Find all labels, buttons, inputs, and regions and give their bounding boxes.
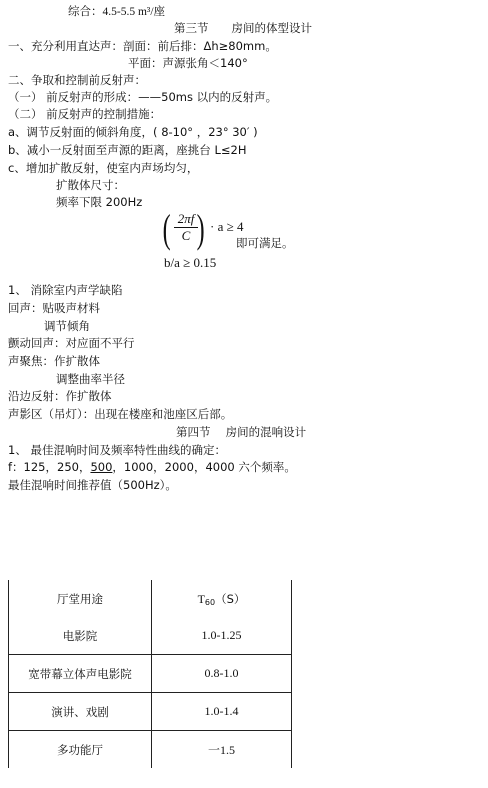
cell-t60: 1.0-1.25 bbox=[152, 617, 292, 655]
paren-left: ( bbox=[163, 209, 171, 249]
value: 4.5-5.5 m³/座 bbox=[103, 6, 166, 18]
reverberation-table: 厅堂用途 T60（S） 电影院 1.0-1.25 宽带幕立体声电影院 0.8-1… bbox=[8, 580, 292, 768]
text-line: 回声：贴吸声材料 bbox=[8, 300, 100, 316]
text-line: 扩散体尺寸： bbox=[56, 177, 125, 193]
numerator: 2πf bbox=[174, 211, 198, 228]
text-line: 调节倾角 bbox=[44, 318, 90, 334]
cell-use: 宽带幕立体声电影院 bbox=[9, 655, 152, 693]
text-line: 声聚焦：作扩散体 bbox=[8, 353, 100, 369]
text-line: （一） 前反射声的形成：——50ms 以内的反射声。 bbox=[8, 89, 277, 105]
text-line: 1、 消除室内声学缺陷 bbox=[8, 282, 122, 298]
underlined-500: 500 bbox=[90, 460, 112, 474]
text-line: 调整曲率半径 bbox=[56, 371, 125, 387]
section-3-title: 第三节 房间的体型设计 bbox=[174, 20, 312, 36]
t-label: T bbox=[198, 592, 205, 606]
unit: （S） bbox=[215, 592, 245, 606]
table-row: 宽带幕立体声电影院 0.8-1.0 bbox=[9, 655, 292, 693]
header-use: 厅堂用途 bbox=[9, 580, 152, 617]
cell-t60: 0.8-1.0 bbox=[152, 655, 292, 693]
text-line: （二） 前反射声的控制措施： bbox=[8, 106, 161, 122]
text-line: 一、充分利用直达声：剖面：前后排：Δh≥80mm。 bbox=[8, 38, 277, 54]
label: 综合： bbox=[68, 4, 103, 18]
text-line: 声影区（吊灯）：出现在楼座和池座区后部。 bbox=[8, 406, 232, 422]
table-row: 演讲、戏剧 1.0-1.4 bbox=[9, 693, 292, 731]
cell-use: 电影院 bbox=[9, 617, 152, 655]
cell-t60: 1.0-1.4 bbox=[152, 693, 292, 731]
text-line: 二、争取和控制前反射声： bbox=[8, 72, 146, 88]
text-line: 颤动回声：对应面不平行 bbox=[8, 335, 135, 351]
diffuser-formula: ( 2πf C ) · a ≥ 4 b/a ≥ 0.15 即可满足。 bbox=[162, 211, 342, 277]
paren-right: ) bbox=[197, 209, 205, 249]
text-line: 1、 最佳混响时间及频率特性曲线的确定： bbox=[8, 442, 226, 458]
section-4-title: 第四节 房间的混响设计 bbox=[176, 424, 306, 440]
table-row: 多功能厅 一1.5 bbox=[9, 731, 292, 769]
text-line: 最佳混响时间推荐值（500Hz）。 bbox=[8, 477, 177, 493]
header-t60: T60（S） bbox=[152, 580, 292, 617]
table-header: 厅堂用途 T60（S） bbox=[9, 580, 292, 617]
cell-use: 多功能厅 bbox=[9, 731, 152, 769]
cell-t60: 一1.5 bbox=[152, 731, 292, 769]
frequency-line: f：125，250，500，1000，2000，4000 六个频率。 bbox=[8, 459, 296, 475]
formula-note: 即可满足。 bbox=[236, 235, 294, 251]
text-line: 平面：声源张角＜140° bbox=[128, 55, 248, 71]
text: ，1000，2000，4000 六个频率。 bbox=[112, 460, 295, 474]
text-line: b、减小一反射面至声源的距离，座挑台 L≤2H bbox=[8, 142, 246, 158]
t-sub: 60 bbox=[205, 598, 215, 607]
text-line: 频率下限 200Hz bbox=[56, 194, 142, 210]
fraction: 2πf C bbox=[174, 211, 198, 244]
ratio-inequality: b/a ≥ 0.15 bbox=[164, 255, 216, 271]
inequality: · a ≥ 4 bbox=[210, 219, 243, 235]
volume-per-seat-line: 综合：4.5-5.5 m³/座 bbox=[68, 3, 165, 20]
cell-use: 演讲、戏剧 bbox=[9, 693, 152, 731]
denominator: C bbox=[174, 228, 198, 244]
text: f：125，250， bbox=[8, 460, 90, 474]
text-line: 沿边反射：作扩散体 bbox=[8, 388, 112, 404]
text-line: c、增加扩散反射，使室内声场均匀， bbox=[8, 160, 198, 176]
text-line: a、调节反射面的倾斜角度，( 8-10° ，23° 30′ ) bbox=[8, 124, 258, 140]
table-row: 电影院 1.0-1.25 bbox=[9, 617, 292, 655]
